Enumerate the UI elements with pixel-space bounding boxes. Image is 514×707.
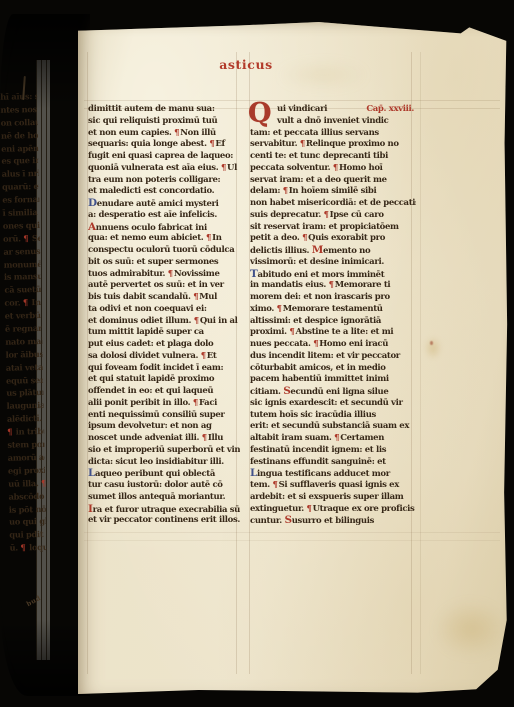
text-line: enti nequissimū consiliū super <box>88 410 240 422</box>
stain <box>424 336 442 360</box>
ruling-line <box>420 52 421 674</box>
text-line: qua: et nemo eum abiciet. ¶In <box>88 233 240 245</box>
text-line: abscōdo dū <box>8 490 45 504</box>
text-line: ardebit: et si exspueris super illam <box>250 492 416 504</box>
text-line: es fornarij <box>2 193 39 207</box>
text-line: ta odivi et non coequavi ei: <box>88 304 240 316</box>
text-column-left: dimittit autem de manu sua:sic qui reliq… <box>88 104 240 527</box>
text-line: eni apēndit <box>1 142 38 156</box>
text-line: citiam. Secundū eni ligna silue <box>250 386 416 398</box>
text-line: uo qui glīa <box>9 515 46 529</box>
text-line: Ira et furor utraque execrabilia sūt: <box>88 504 240 516</box>
manuscript-page: asticus Q dimittit autem de manu sua:sic… <box>78 22 508 694</box>
text-line: festinans effundit sanguinē: et <box>250 457 416 469</box>
text-line: amorū ad <box>8 451 45 465</box>
shadow-bottom <box>0 600 90 696</box>
text-line: sumet illos antequā moriantur. <box>88 492 240 504</box>
text-line: ui vindicari Cap̄. xxviii. <box>250 104 416 116</box>
text-line: morem dei: et non irascaris pro <box>250 292 416 304</box>
text-line: extinguetur. ¶Utraque ex ore proficis <box>250 504 416 516</box>
text-line: Denudare autē amici mysteri <box>88 198 240 210</box>
text-line: erit: et secundū substanciā suam ex <box>250 421 416 433</box>
ruling-line <box>84 100 500 101</box>
ruling-line <box>84 532 500 533</box>
text-line: ī similia cōe <box>2 206 39 220</box>
text-line: sit reservat iram: et propiciatōem <box>250 222 416 234</box>
text-line: in mandatis eius. ¶Memorare ti <box>250 280 416 292</box>
text-line: bis tuis dabit scandalū. ¶Mul <box>88 292 240 304</box>
text-line: cā suetū <box>4 283 41 297</box>
text-line: petit a deo. ¶Quis exorabit pro <box>250 233 416 245</box>
text-line: cor. ¶ In multā <box>4 296 41 310</box>
text-line: tuos admirabitur. ¶Novissime <box>88 269 240 281</box>
text-line: qui foveam fodit incidet ī eam: <box>88 363 240 375</box>
text-line: et qui statuit lapidē proximo <box>88 374 240 386</box>
stain <box>434 600 508 658</box>
text-line: altabit iram suam. ¶Certamen <box>250 433 416 445</box>
text-line: sic qui reliquisti proximū tuū <box>88 116 240 128</box>
manuscript-photo: hī aīus: sī urntes nos:on collaudesnē de… <box>0 0 514 707</box>
text-column-right: ui vindicari Cap̄. xxviii.vult a dnō inv… <box>250 104 416 527</box>
text-line: vult a dnō inveniet vindic <box>250 116 416 128</box>
text-line: uū illa. ¶ Il <box>8 477 45 491</box>
text-line: festinatū incendit ignem: et lis <box>250 445 416 457</box>
text-line: a: desperatio est aīe infelicis. <box>88 210 240 222</box>
ruling-line <box>84 540 500 541</box>
text-line: sio et improperiū superborū et vin <box>88 445 240 457</box>
text-line: suis deprecatur. ¶Ipse cū caro <box>250 210 416 222</box>
text-line: es que intēpta <box>1 154 38 168</box>
text-line: tra eum non poteris colligare: <box>88 175 240 187</box>
text-line: egi proximos <box>8 464 45 478</box>
text-line: alus ī nrī <box>2 167 39 181</box>
text-line: dus incendit litem: et vir peccator <box>250 351 416 363</box>
text-line: Laqueo peribunt qui oblectā <box>88 468 240 480</box>
text-line: dicta: sicut leo insidiabitur illi. <box>88 457 240 469</box>
text-line: cuntur. Susurro et bilinguis <box>250 515 416 527</box>
text-line: et vir peccator continens erit illos. <box>88 515 240 527</box>
text-line: monumēta <box>4 258 41 272</box>
text-line: ar senus: ser <box>3 245 40 259</box>
text-line: sic ignis exardescit: et secundū vir <box>250 398 416 410</box>
text-line: quoniā vulnerata est aīa eius. ¶Ul <box>88 163 240 175</box>
text-line: equū senar <box>6 374 43 388</box>
text-line: noscet unde adveniat illi. ¶Illu <box>88 433 240 445</box>
text-line: Lingua testificans adducet mor <box>250 468 416 480</box>
text-line: delam: ¶In hoīem similē sibi <box>250 186 416 198</box>
text-line: cōturbabit amicos, et in medio <box>250 363 416 375</box>
text-line: bit os suū: et super sermones <box>88 257 240 269</box>
text-line: et non eum capies. ¶Non illū <box>88 128 240 140</box>
ink-speck <box>430 341 433 345</box>
text-line: is pōt nō <box>9 502 46 516</box>
text-line: tum mittit lapidē super ca <box>88 327 240 339</box>
text-line: ¶ in tribul <box>7 425 44 439</box>
text-line: fugit eni quasi caprea de laqueo: <box>88 151 240 163</box>
text-line: tam: et peccata illius servans <box>250 128 416 140</box>
text-line: qui pdit il <box>9 528 46 542</box>
text-line: lor āibus <box>5 348 42 362</box>
text-line: quarū: et sī <box>2 180 39 194</box>
text-line: stem porta: <box>7 438 44 452</box>
text-line: laugunia <box>6 399 43 413</box>
text-line: autē pervertet os suū: et in ver <box>88 280 240 292</box>
text-line: vissimorū: et desine inimicari. <box>250 257 416 269</box>
text-line: alēdictī. Sī <box>7 412 44 426</box>
text-line: et verbū niū <box>5 309 42 323</box>
text-line: dimittit autem de manu sua: <box>88 104 240 116</box>
stain <box>278 62 368 88</box>
text-line: is mansuetus <box>4 270 41 284</box>
text-line: altissimi: et despice ignorātiā <box>250 316 416 328</box>
text-line: offendet in eo: et qui laqueū <box>88 386 240 398</box>
text-line: ximo. ¶Memorare testamentū <box>250 304 416 316</box>
text-line: orū. ¶ Seu ī <box>3 232 40 246</box>
text-line: servabitur. ¶Relinque proximo no <box>250 139 416 151</box>
text-line: sequaris: quia longe abest. ¶Ef <box>88 139 240 151</box>
text-line: et dominus odiet illum. ¶Qui in al <box>88 316 240 328</box>
text-line: tur casu iustorū: dolor autē cō <box>88 480 240 492</box>
text-line: et maledicti est concordatio. <box>88 186 240 198</box>
text-line: nues peccata. ¶Homo eni iracū <box>250 339 416 351</box>
text-line: ū. ¶ loquī <box>9 541 46 555</box>
text-line: proximi. ¶Abstine te a lite: et mi <box>250 327 416 339</box>
text-line: delictis illius. Memento no <box>250 245 416 257</box>
shadow-top <box>0 14 90 109</box>
text-line: non habet misericordiā: et de peccatis <box>250 198 416 210</box>
text-line: put eius cadet: et plaga dolo <box>88 339 240 351</box>
text-line: sa dolosi dividet vulnera. ¶Et <box>88 351 240 363</box>
text-line: servat iram: et a deo querit me <box>250 175 416 187</box>
text-line: ones qui ap <box>3 219 40 233</box>
text-line: nē de hoīm <box>1 129 38 143</box>
text-line: peccata solventur. ¶Homo hoī <box>250 163 416 175</box>
text-line: alii ponit peribit in illo. ¶Faci <box>88 398 240 410</box>
text-line: centi te: et tunc deprecanti tibi <box>250 151 416 163</box>
text-line: us plāturū <box>6 386 43 400</box>
text-line: on collaudes <box>1 116 38 130</box>
text-line: Tabitudo eni et mors imminēt <box>250 269 416 281</box>
text-line: nato maīo <box>5 335 42 349</box>
text-line: atai vetas <box>6 361 43 375</box>
text-line: pacem habentiū immittet inimi <box>250 374 416 386</box>
text-line: conspectu oculorū tuorū cōdulca <box>88 245 240 257</box>
text-line: tutem hoīs sic iracūdia illius <box>250 410 416 422</box>
text-line: ē regnarū <box>5 322 42 336</box>
text-line: Annuens oculo fabricat ini <box>88 222 240 234</box>
text-line: ipsum devolvetur: et non ag <box>88 421 240 433</box>
text-line: tem. ¶Si sufflaveris quasi ignis ex <box>250 480 416 492</box>
